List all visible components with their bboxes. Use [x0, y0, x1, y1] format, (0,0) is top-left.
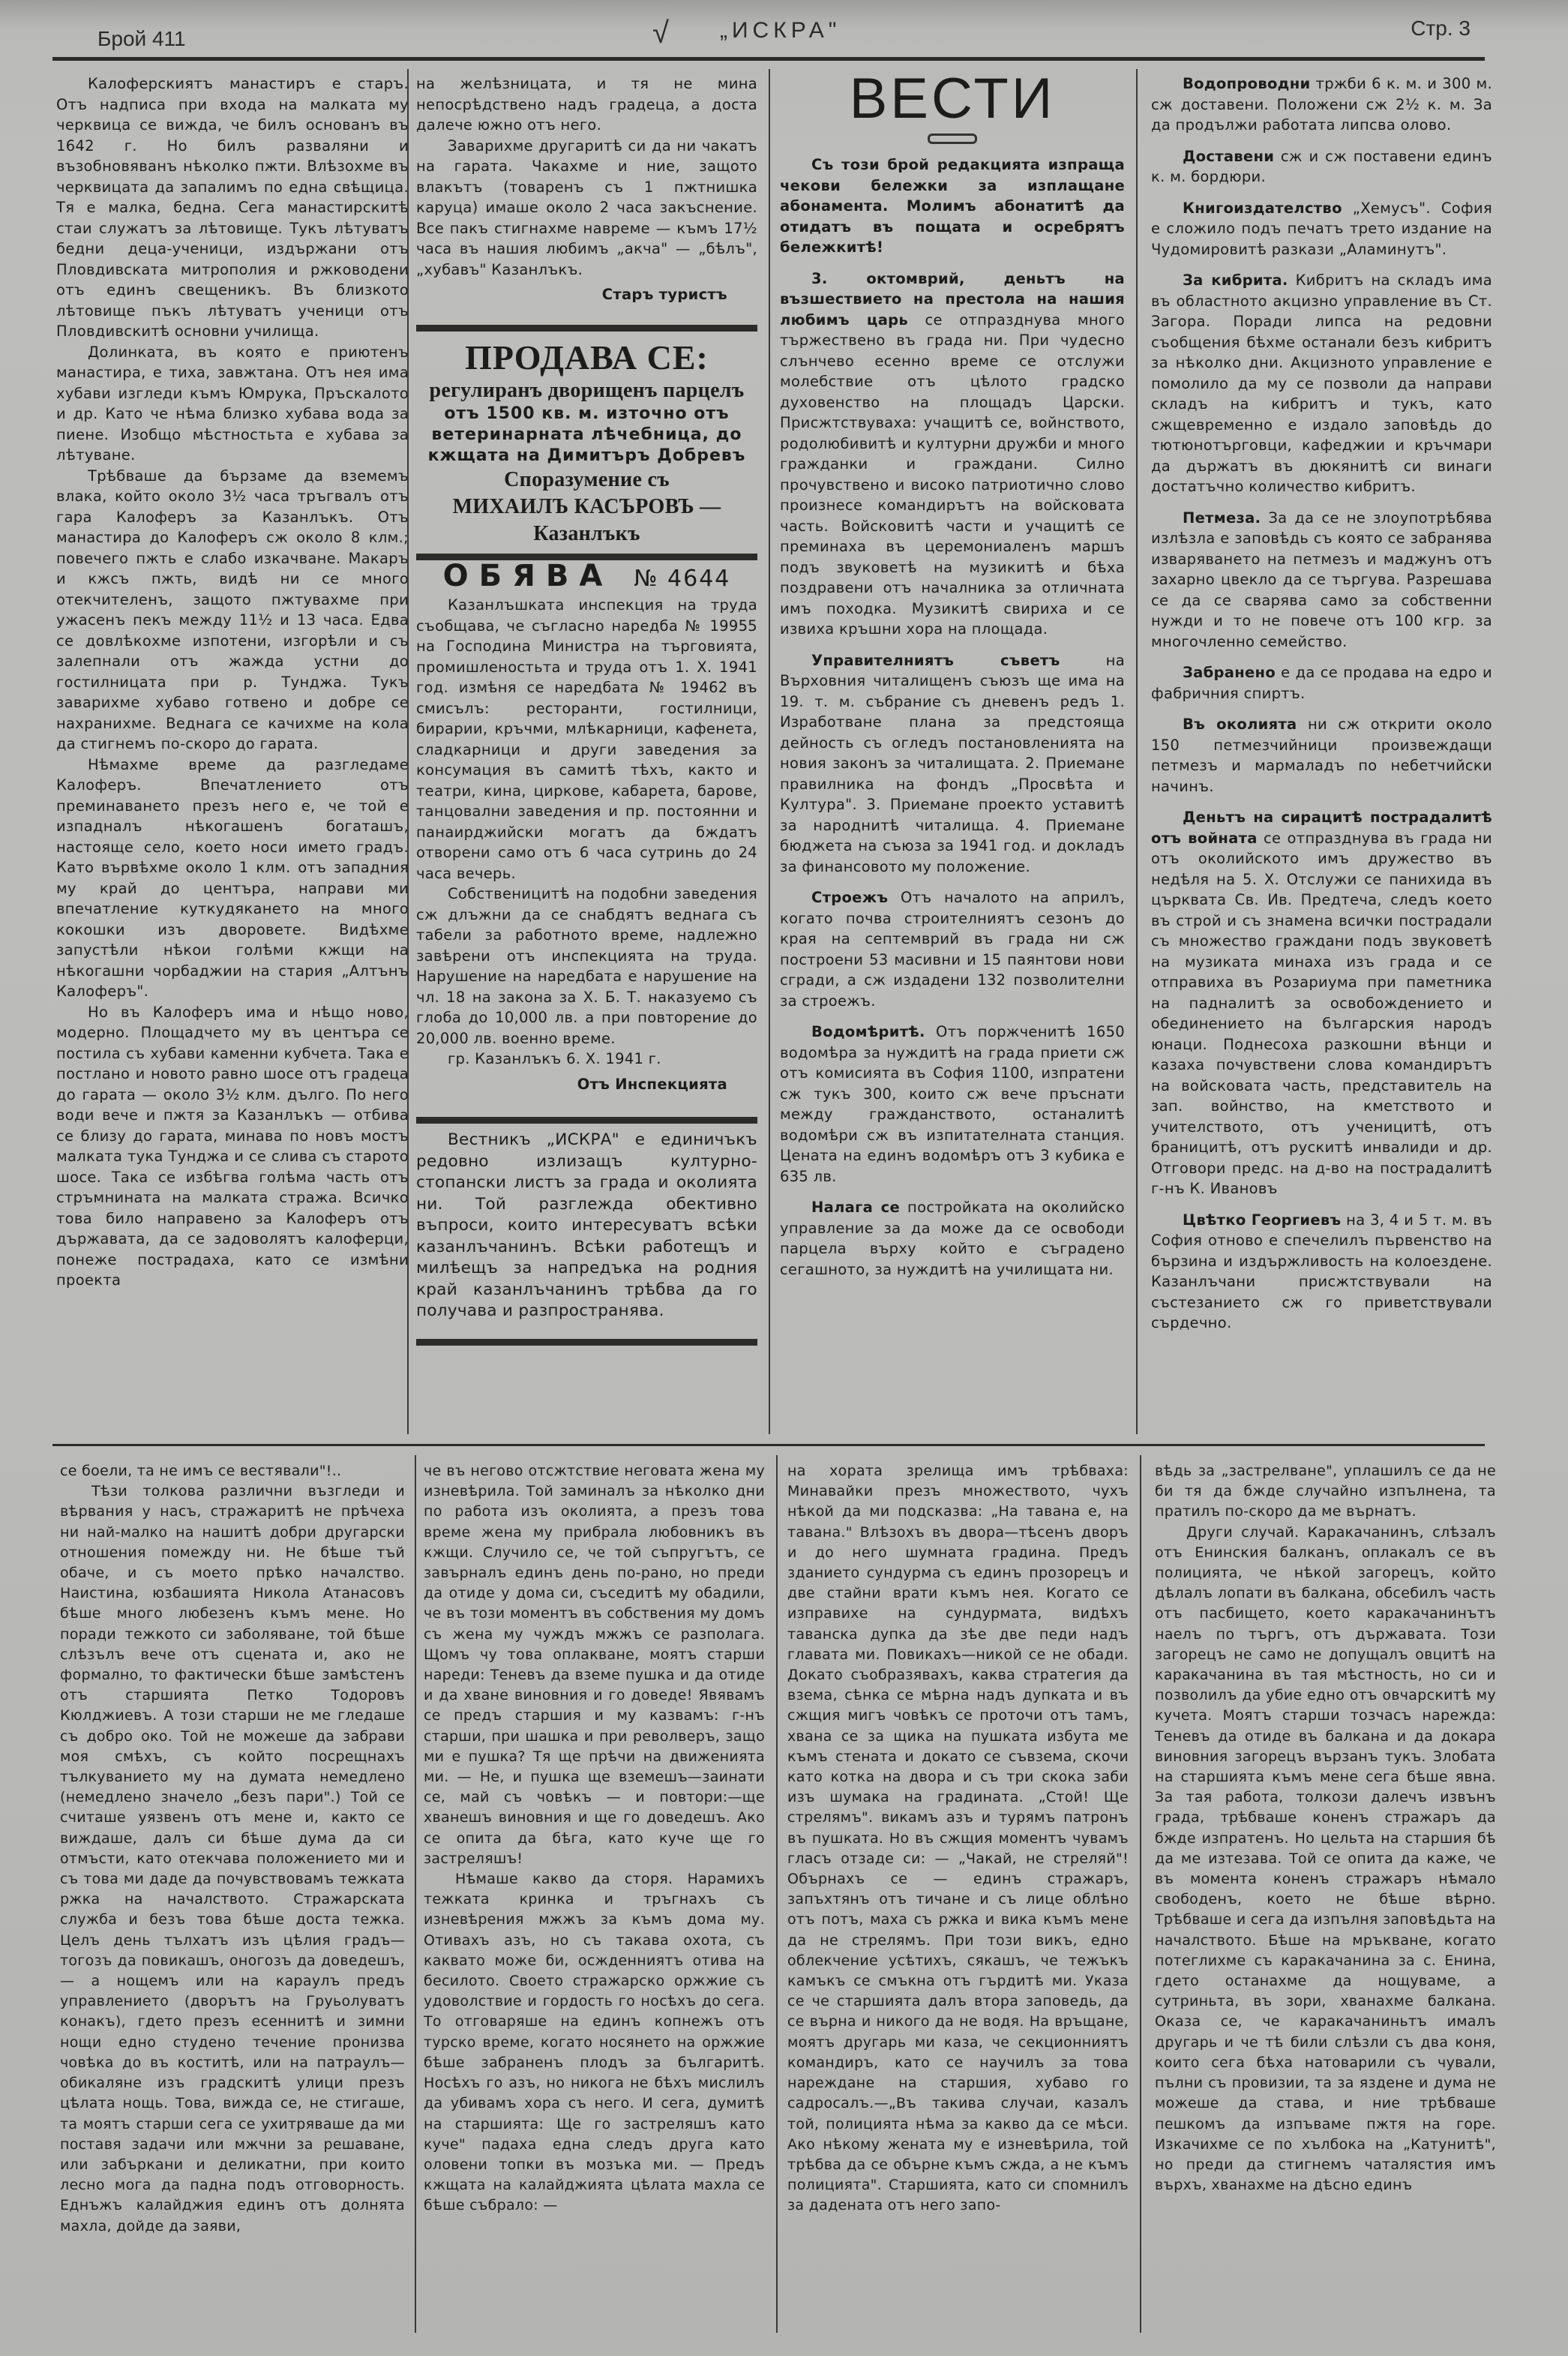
story-text: че въ негово отсжтствие неговата жена му… — [424, 1461, 765, 1869]
story-column-1: се боели, та не имъ се вестявали"!..Тѣзи… — [60, 1461, 405, 2237]
check-mark: √ — [652, 17, 669, 50]
header-rule — [52, 57, 1485, 61]
news-lead: Въ околията — [1183, 716, 1297, 733]
column-divider — [1136, 69, 1138, 1434]
story-text: на хората зрелища имъ трѣбваха: Минавайк… — [787, 1461, 1129, 2216]
news-lead: Забранено — [1183, 664, 1276, 681]
paragraph: Нѣмахме време да разгледаме Калоферъ. Вп… — [56, 755, 409, 1002]
notice-number: № 4644 — [634, 566, 730, 592]
notice-title: ОБЯВА № 4644 — [416, 566, 757, 590]
notice-signature: Отъ Инспекцията — [416, 1074, 757, 1095]
newspaper-page: Брой 411 √ „ИСКРА" Стр. 3 Калоферскиятъ … — [0, 0, 1568, 2356]
page-header: Брой 411 √ „ИСКРА" Стр. 3 — [52, 17, 1516, 47]
news-text: Отъ поржченитѣ 1650 водомѣра за нуждитѣ … — [780, 1023, 1125, 1185]
news-item: Деньтъ на сирацитѣ пострадалитѣ отъ войн… — [1151, 807, 1492, 1199]
sale-ad: ПРОДАВА СЕ: регулиранъ дворищенъ парцелъ… — [416, 338, 757, 548]
heading-ornament — [928, 134, 977, 144]
news-item: Книгоиздателство „Хемусъ". София е сложи… — [1151, 198, 1492, 260]
ad-text: отъ 1500 кв. м. източно отъ ветеринарнат… — [416, 404, 757, 467]
ad-rule — [416, 325, 757, 332]
news-text: се отпразднува въ града ни отъ околийско… — [1151, 830, 1492, 1198]
news-lead: Петмеза. — [1183, 509, 1261, 527]
ad-contact: МИХАИЛЪ КАСЪРОВЪ — Казанлъкъ — [416, 494, 757, 548]
notice-title-text: ОБЯВА — [443, 559, 613, 593]
news-item: Налага се постройката на околийско управ… — [780, 1197, 1125, 1280]
paragraph: Но въ Калоферъ има и нѣщо ново, модерно.… — [56, 1002, 409, 1291]
news-item: За кибрита. Кибритъ на складъ има въ обл… — [1151, 270, 1492, 497]
ad-title: ПРОДАВА СЕ: — [416, 338, 757, 378]
news-item: 3. октомврий, деньтъ на възшествието на … — [780, 269, 1125, 640]
article-kalofer: Калоферскиятъ манастиръ е старъ. Отъ над… — [56, 74, 409, 1291]
news-item: Цвѣтко Георгиевъ на 3, 4 и 5 т. м. въ Со… — [1151, 1210, 1492, 1334]
news-lead: Строежъ — [811, 889, 888, 906]
ad-subtitle: регулиранъ дворищенъ парцелъ — [416, 378, 757, 404]
news-text: на Върховния читалищенъ съюзъ ще има на … — [780, 652, 1125, 875]
notice-paragraph: Казанлъшката инспекция на труда съобщава… — [416, 595, 757, 884]
news-lead: Доставени — [1183, 148, 1274, 165]
news-text: За да се не злоупотрѣбява излѣзла е запо… — [1151, 509, 1492, 650]
news-lead: Цвѣтко Георгиевъ — [1183, 1211, 1342, 1229]
paragraph: Долинката, въ която е приютенъ манастира… — [56, 342, 409, 466]
news-section: ВЕСТИ Съ този брой редакцията изпраща че… — [780, 69, 1125, 1280]
news-item: Водопроводни тржби 6 к. м. и 300 м. сж д… — [1151, 74, 1492, 136]
paragraph: Заварихме другаритѣ си да ни чакатъ на г… — [416, 136, 757, 281]
issue-number: Брой 411 — [97, 27, 186, 51]
story-text-paragraph: Тѣзи толкова различни възгледи и вѣрвани… — [60, 1481, 405, 2237]
story-text: се боели, та не имъ се вестявали"!.. — [60, 1461, 405, 1481]
news-item: Забранено е да се продава на едро и фабр… — [1151, 662, 1492, 704]
news-item: Управителниятъ съветъ на Върховния читал… — [780, 650, 1125, 878]
column-divider — [415, 1455, 416, 2333]
news-item: Строежъ Отъ началото на априлъ, когато п… — [780, 887, 1125, 1011]
news-text: Съ този брой редакцията изпраща чекови б… — [780, 156, 1125, 256]
box-rule — [416, 1117, 757, 1124]
story-text-paragraph: Други случай. Каракачанинъ, слѣзалъ отъ … — [1155, 1523, 1496, 2196]
news-text: Отъ началото на априлъ, когато почва стр… — [780, 889, 1125, 1010]
story-column-2: че въ негово отсжтствие неговата жена му… — [424, 1461, 765, 2216]
paragraph: на желѣзницата, и тя не мина непосрѣдств… — [416, 74, 757, 136]
news-item: Водомѣритѣ. Отъ поржченитѣ 1650 водомѣра… — [780, 1022, 1125, 1187]
article-signature: Старъ туристъ — [416, 284, 757, 305]
news-item: Въ околията ни сж открити около 150 петм… — [1151, 714, 1492, 797]
column-divider — [1140, 1455, 1141, 2333]
news-item: Доставени сж и сж поставени единъ к. м. … — [1151, 146, 1492, 188]
section-rule — [52, 1444, 1485, 1446]
news-lead: Управителниятъ съветъ — [811, 652, 1060, 669]
column-divider — [769, 69, 770, 1434]
news-text: Кибритъ на складъ има въ областното акци… — [1151, 272, 1492, 495]
news-heading: ВЕСТИ — [780, 69, 1125, 129]
ad-agreement: Споразумение съ — [416, 467, 757, 494]
news-lead: Водомѣритѣ. — [811, 1023, 925, 1040]
notice-date: гр. Казанлъкъ 6. X. 1941 г. — [416, 1049, 757, 1070]
page-number: Стр. 3 — [1411, 17, 1471, 41]
paragraph: Калоферскиятъ манастиръ е старъ. Отъ над… — [56, 74, 409, 342]
promo-text: Вестникъ „ИСКРА" е единичъкъ редовно изл… — [416, 1130, 757, 1322]
news-text: се отпразднува много тържествено въ град… — [780, 311, 1125, 638]
newspaper-title: „ИСКРА" — [720, 18, 841, 44]
story-column-4: вѣдь за „застрелване", уплашилъ се да не… — [1155, 1461, 1496, 2195]
news-text: на 3, 4 и 5 т. м. въ София отново е спеч… — [1151, 1211, 1492, 1332]
news-item: Съ този брой редакцията изпраща чекови б… — [780, 155, 1125, 258]
story-column-3: на хората зрелища имъ трѣбваха: Минавайк… — [787, 1461, 1129, 2216]
news-lead: За кибрита. — [1183, 272, 1288, 289]
column-divider — [776, 1455, 778, 2333]
article-continuation: на желѣзницата, и тя не мина непосрѣдств… — [416, 74, 757, 1352]
news-item: Петмеза. За да се не злоупотрѣбява излѣз… — [1151, 508, 1492, 653]
news-lead: Налага се — [811, 1199, 900, 1216]
news-lead: Книгоиздателство — [1183, 200, 1342, 217]
news-lead: Водопроводни — [1183, 75, 1310, 92]
column-divider — [407, 69, 409, 1434]
story-text-paragraph: Нѣмаше какво да сторя. Нарамихъ тежката … — [424, 1869, 765, 2216]
paragraph: Трѣбваше да бързаме да вземемъ влака, ко… — [56, 466, 409, 755]
iskra-promo-box: Вестникъ „ИСКРА" е единичъкъ редовно изл… — [416, 1130, 757, 1322]
story-text: вѣдь за „застрелване", уплашилъ се да не… — [1155, 1461, 1496, 1523]
box-rule — [416, 1339, 757, 1346]
news-section-continued: Водопроводни тржби 6 к. м. и 300 м. сж д… — [1151, 74, 1492, 1334]
notice-paragraph: Собственицитѣ на подобни заведения сж дл… — [416, 884, 757, 1049]
